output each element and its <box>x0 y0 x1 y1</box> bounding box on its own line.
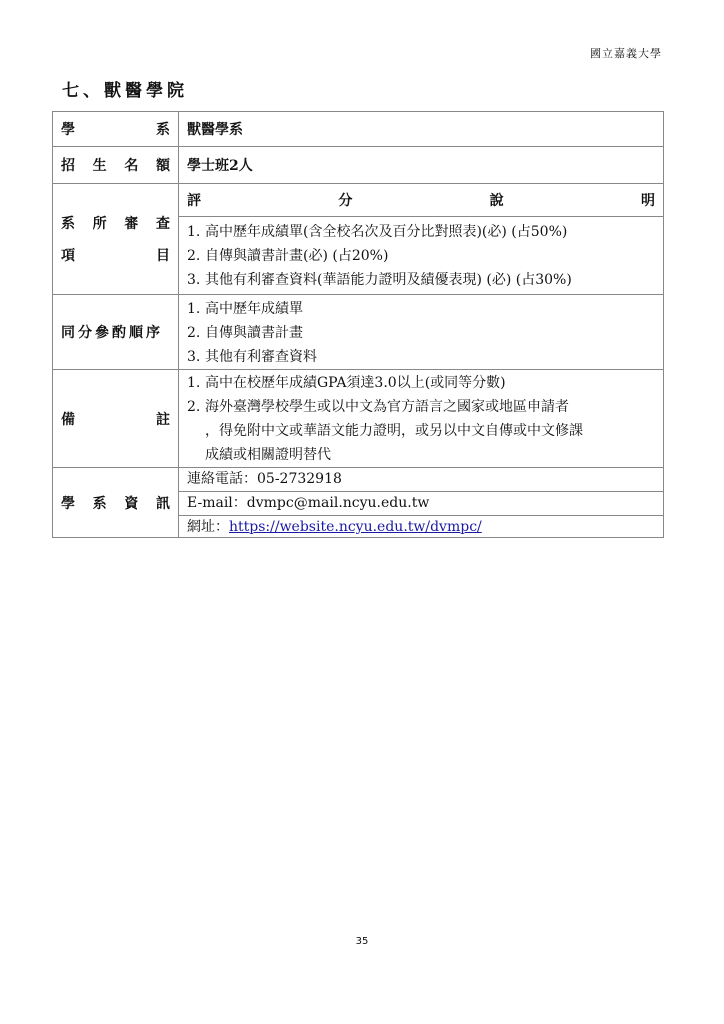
label-char: 學 <box>61 119 75 139</box>
row-tiebreak: 同分參酌順序 1.高中歷年成績單 2.自傳與讀書計畫 3.其他有利審查資料 <box>53 294 663 369</box>
label-review: 系 所 審 查 項 目 <box>53 184 179 294</box>
header-char: 分 <box>338 190 352 210</box>
row-department: 學 系 獸醫學系 <box>53 112 663 146</box>
label-quota: 招 生 名 額 <box>53 147 179 183</box>
label-remarks: 備 註 <box>53 370 179 467</box>
tiebreak-content: 1.高中歷年成績單 2.自傳與讀書計畫 3.其他有利審查資料 <box>179 295 663 369</box>
list-item: 1.高中歷年成績單(含全校名次及百分比對照表)(必) (占50%) <box>187 220 655 244</box>
section-title: 七、獸醫學院 <box>62 76 188 101</box>
remarks-list: 1.高中在校歷年成績GPA須達3.0以上(或同等分數) 2.海外臺灣學校學生或以… <box>179 370 663 470</box>
list-item: 3.其他有利審查資料(華語能力證明及績優表現) (必) (占30%) <box>187 268 655 292</box>
label-char: 目 <box>156 245 170 265</box>
label-char: 註 <box>156 409 170 429</box>
label-department: 學 系 <box>53 112 179 146</box>
university-header: 國立嘉義大學 <box>590 45 662 61</box>
label-char: 所 <box>93 213 107 233</box>
list-item-continuation: ，得免附中文或華語文能力證明，或另以中文自傳或中文修課 <box>187 419 655 443</box>
remarks-content: 1.高中在校歷年成績GPA須達3.0以上(或同等分數) 2.海外臺灣學校學生或以… <box>179 370 663 467</box>
row-contact: 學 系 資 訊 連絡電話：05-2732918 E-mail：dvmpc@mai… <box>53 467 663 537</box>
label-char: 系 <box>93 493 107 513</box>
quota-value: 學士班2人 <box>179 147 663 183</box>
label-char: 備 <box>61 409 75 429</box>
website-label: 網址： <box>187 519 229 535</box>
label-char: 招 <box>61 155 75 175</box>
row-remarks: 備 註 1.高中在校歷年成績GPA須達3.0以上(或同等分數) 2.海外臺灣學校… <box>53 369 663 467</box>
contact-website: 網址：https://website.ncyu.edu.tw/dvmpc/ <box>179 515 663 539</box>
label-char: 系 <box>61 213 75 233</box>
row-review: 系 所 審 查 項 目 評 分 說 明 1.高中歷年成績單(含全校名次及百分比對… <box>53 183 663 294</box>
list-item: 2.自傳與讀書計畫 <box>187 321 655 345</box>
label-contact: 學 系 資 訊 <box>53 468 179 537</box>
list-item: 1.高中歷年成績單 <box>187 297 655 321</box>
page-number: 35 <box>0 936 724 947</box>
contact-content: 連絡電話：05-2732918 E-mail：dvmpc@mail.ncyu.e… <box>179 468 663 537</box>
label-char: 審 <box>124 213 138 233</box>
contact-phone: 連絡電話：05-2732918 <box>179 468 663 491</box>
header-char: 評 <box>187 190 201 210</box>
list-item: 1.高中在校歷年成績GPA須達3.0以上(或同等分數) <box>187 371 655 395</box>
list-item-continuation: 成績或相關證明替代 <box>187 443 655 467</box>
tiebreak-list: 1.高中歷年成績單 2.自傳與讀書計畫 3.其他有利審查資料 <box>179 295 663 372</box>
list-item: 2.海外臺灣學校學生或以中文為官方語言之國家或地區申請者 <box>187 395 655 419</box>
label-char: 額 <box>156 155 170 175</box>
header-char: 明 <box>641 190 655 210</box>
label-tiebreak: 同分參酌順序 <box>53 295 179 369</box>
row-quota: 招 生 名 額 學士班2人 <box>53 146 663 183</box>
label-char: 學 <box>61 493 75 513</box>
website-link[interactable]: https://website.ncyu.edu.tw/dvmpc/ <box>229 519 482 535</box>
list-item: 3.其他有利審查資料 <box>187 345 655 369</box>
review-content: 評 分 說 明 1.高中歷年成績單(含全校名次及百分比對照表)(必) (占50%… <box>179 184 663 294</box>
contact-email: E-mail：dvmpc@mail.ncyu.edu.tw <box>179 491 663 515</box>
admission-table: 學 系 獸醫學系 招 生 名 額 學士班2人 系 所 審 查 <box>52 111 664 538</box>
label-char: 查 <box>156 213 170 233</box>
header-char: 說 <box>490 190 504 210</box>
scoring-header: 評 分 說 明 <box>179 184 663 217</box>
department-value: 獸醫學系 <box>179 112 663 146</box>
label-char: 訊 <box>156 493 170 513</box>
label-char: 項 <box>61 245 75 265</box>
review-list: 1.高中歷年成績單(含全校名次及百分比對照表)(必) (占50%) 2.自傳與讀… <box>179 217 663 295</box>
list-item: 2.自傳與讀書計畫(必) (占20%) <box>187 244 655 268</box>
label-char: 名 <box>124 155 138 175</box>
label-char: 資 <box>124 493 138 513</box>
label-char: 系 <box>156 119 170 139</box>
label-char: 生 <box>93 155 107 175</box>
